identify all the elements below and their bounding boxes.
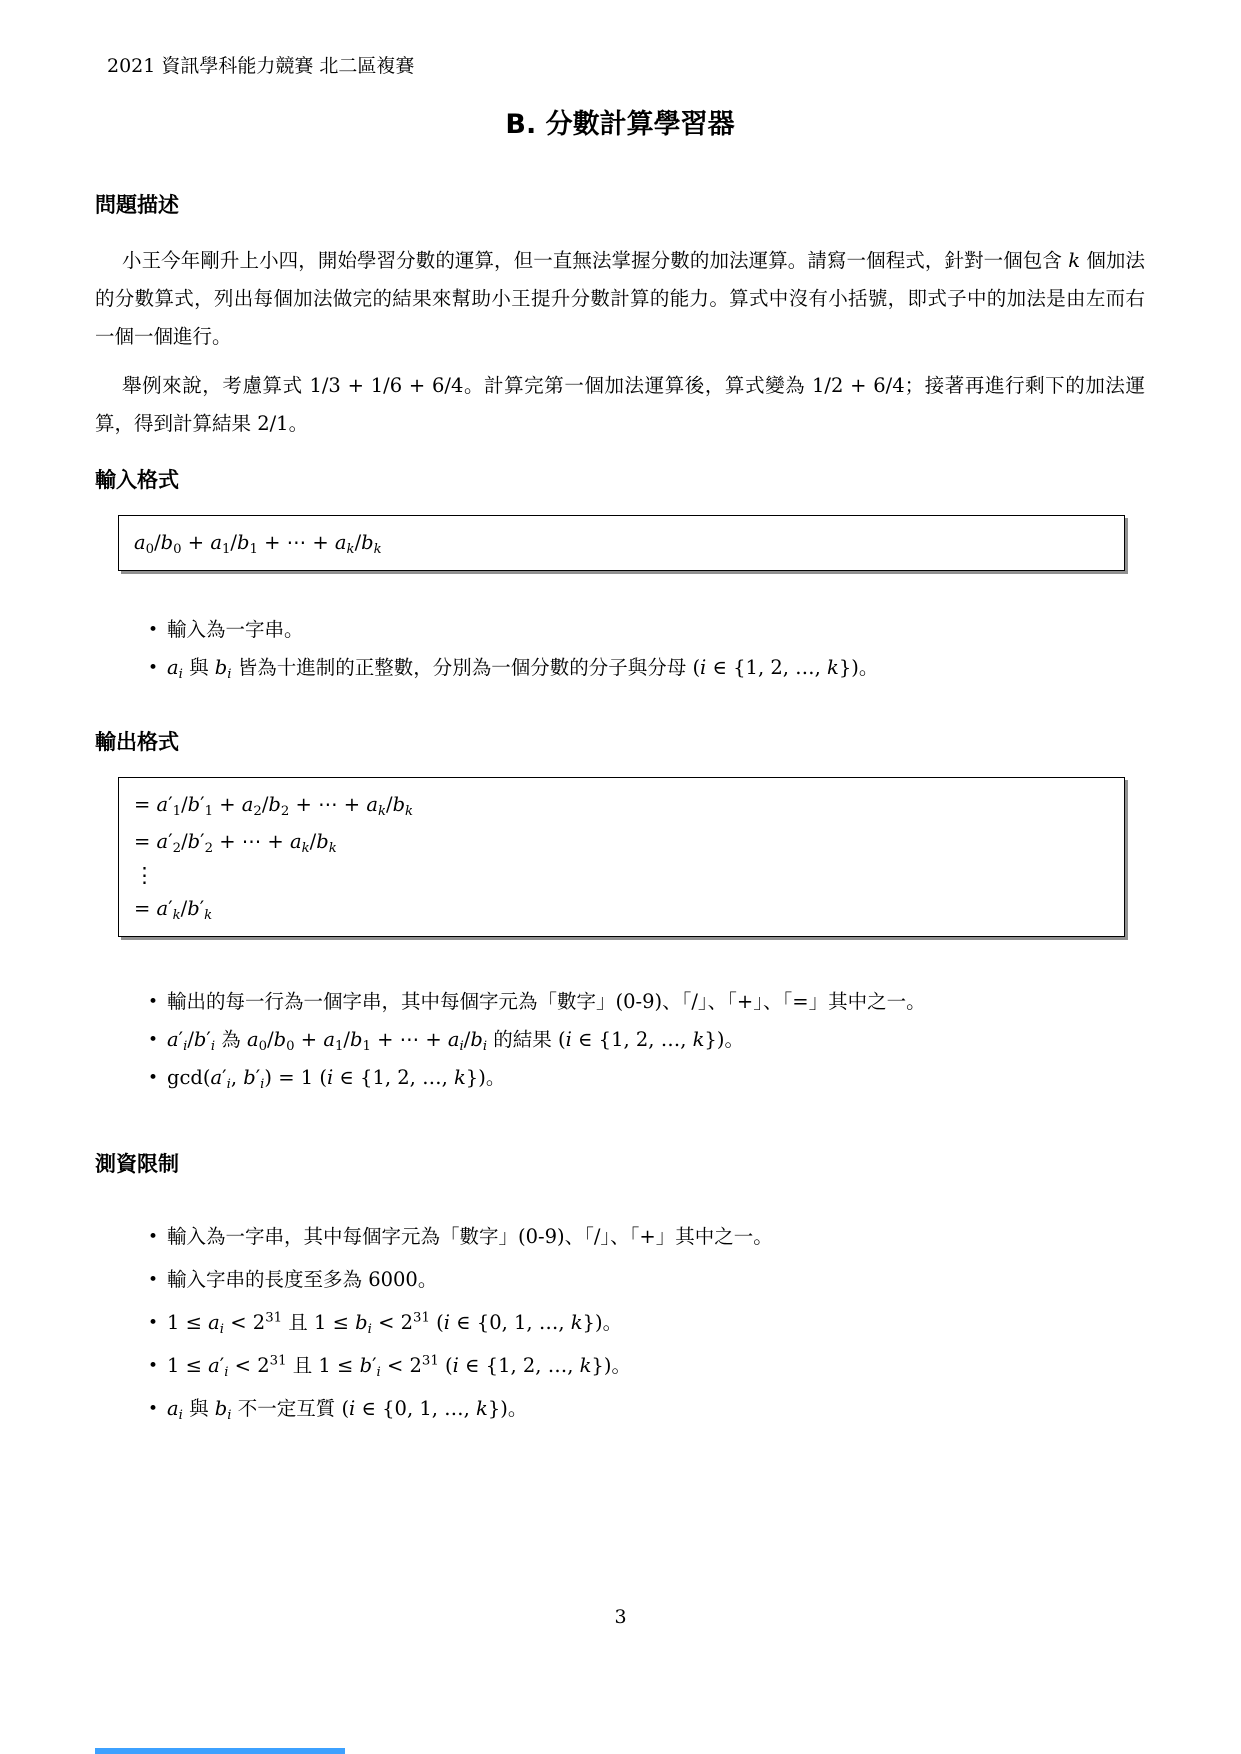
output-bullet-3: gcd(a′i, b′i) = 1 (i ∈ {1, 2, …, k})。 (148, 1059, 1145, 1097)
input-bullet-list: 輸入為一字串。 ai 與 bi 皆為十進制的正整數，分別為一個分數的分子與分母 … (95, 611, 1145, 687)
output-format-line-k: = a′k/b′k (134, 890, 1114, 927)
output-bullet-list: 輸出的每一行為一個字串，其中每個字元為「數字」(0-9)、「/」、「+」、「=」… (95, 983, 1145, 1097)
limits-bullet-list: 輸入為一字串，其中每個字元為「數字」(0-9)、「/」、「+」其中之一。 輸入字… (95, 1217, 1145, 1429)
limits-bullet-4: 1 ≤ a′i < 231 且 1 ≤ b′i < 231 (i ∈ {1, 2… (148, 1346, 1145, 1386)
output-format-line-1: = a′1/b′1 + a2/b2 + ⋯ + ak/bk (134, 786, 1114, 823)
limits-bullet-3: 1 ≤ ai < 231 且 1 ≤ bi < 231 (i ∈ {0, 1, … (148, 1303, 1145, 1343)
input-bullet-2: ai 與 bi 皆為十進制的正整數，分別為一個分數的分子與分母 (i ∈ {1,… (148, 649, 1145, 687)
section-heading-limits: 測資限制 (95, 1151, 1145, 1177)
output-format-vdots: ⋮ (134, 860, 1114, 890)
input-format-line: a0/b0 + a1/b1 + ⋯ + ak/bk (134, 524, 1114, 561)
document-header: 2021 資訊學科能力競賽 北二區複賽 (107, 54, 1145, 78)
output-bullet-1: 輸出的每一行為一個字串，其中每個字元為「數字」(0-9)、「/」、「+」、「=」… (148, 983, 1145, 1021)
problem-paragraph-1: 小王今年剛升上小四，開始學習分數的運算，但一直無法掌握分數的加法運算。請寫一個程… (95, 242, 1145, 356)
page-number: 3 (0, 1606, 1241, 1628)
document-page: 2021 資訊學科能力競賽 北二區複賽 B. 分數計算學習器 問題描述 小王今年… (0, 54, 1241, 1429)
output-bullet-2: a′i/b′i 為 a0/b0 + a1/b1 + ⋯ + ai/bi 的結果 … (148, 1021, 1145, 1059)
problem-paragraph-2: 舉例來說，考慮算式 1/3 + 1/6 + 6/4。計算完第一個加法運算後，算式… (95, 367, 1145, 443)
limits-bullet-1: 輸入為一字串，其中每個字元為「數字」(0-9)、「/」、「+」其中之一。 (148, 1217, 1145, 1257)
section-heading-problem: 問題描述 (95, 192, 1145, 218)
section-heading-output: 輸出格式 (95, 729, 1145, 755)
page-title: B. 分數計算學習器 (95, 108, 1145, 142)
input-format-box: a0/b0 + a1/b1 + ⋯ + ak/bk (118, 515, 1125, 571)
section-heading-input: 輸入格式 (95, 467, 1145, 493)
output-format-box: = a′1/b′1 + a2/b2 + ⋯ + ak/bk = a′2/b′2 … (118, 777, 1125, 937)
limits-bullet-5: ai 與 bi 不一定互質 (i ∈ {0, 1, …, k})。 (148, 1389, 1145, 1429)
input-bullet-1: 輸入為一字串。 (148, 611, 1145, 649)
limits-bullet-2: 輸入字串的長度至多為 6000。 (148, 1260, 1145, 1300)
bottom-blue-bar (95, 1748, 345, 1754)
output-format-line-2: = a′2/b′2 + ⋯ + ak/bk (134, 823, 1114, 860)
